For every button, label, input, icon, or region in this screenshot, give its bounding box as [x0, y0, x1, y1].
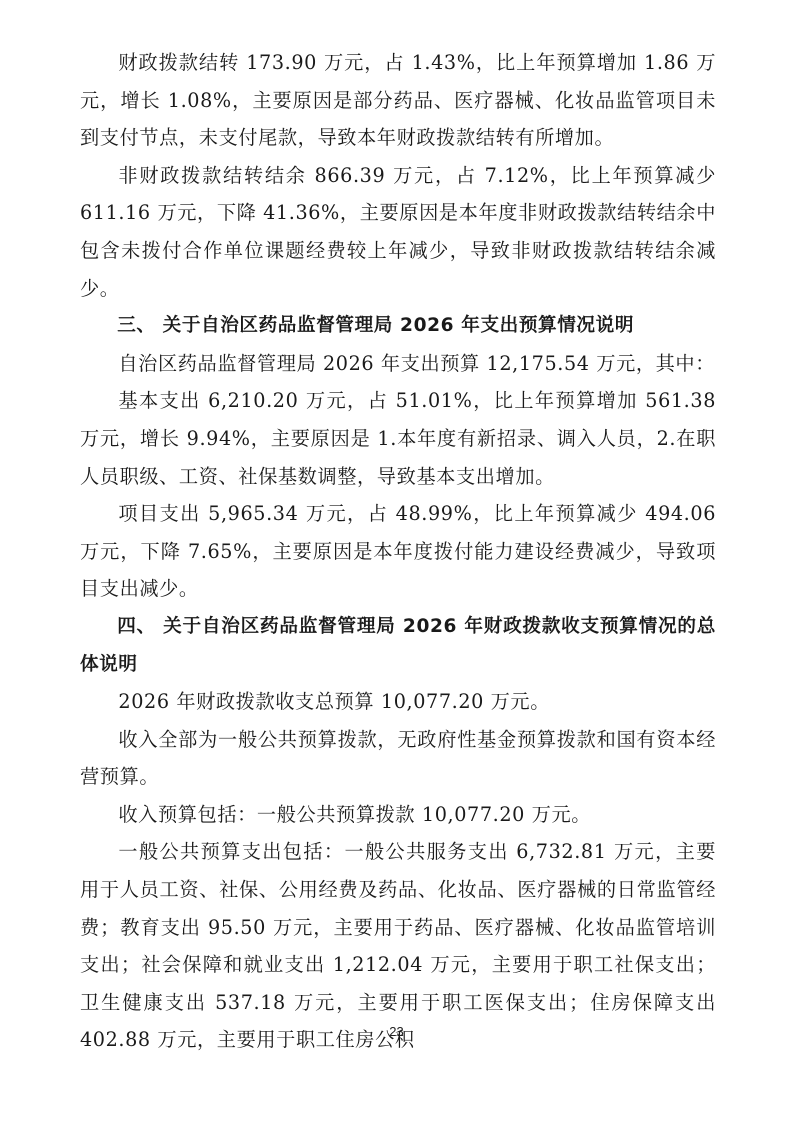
page-number: 23 [0, 1024, 793, 1039]
paragraph-project-expenditure: 项目支出 5,965.34 万元，占 48.99%，比上年预算减少 494.06… [80, 495, 716, 608]
paragraph-expenditure-total: 自治区药品监督管理局 2026 年支出预算 12,175.54 万元，其中： [80, 345, 716, 383]
paragraph-fiscal-carryover: 财政拨款结转 173.90 万元，占 1.43%，比上年预算增加 1.86 万元… [80, 44, 716, 157]
section-heading-4: 四、 关于自治区药品监督管理局 2026 年财政拨款收支预算情况的总体说明 [80, 608, 716, 683]
paragraph-non-fiscal-carryover: 非财政拨款结转结余 866.39 万元，占 7.12%，比上年预算减少 611.… [80, 157, 716, 307]
paragraph-fiscal-total: 2026 年财政拨款收支总预算 10,077.20 万元。 [80, 683, 716, 721]
section-heading-3: 三、 关于自治区药品监督管理局 2026 年支出预算情况说明 [80, 307, 716, 345]
paragraph-income-budget: 收入预算包括：一般公共预算拨款 10,077.20 万元。 [80, 796, 716, 834]
paragraph-basic-expenditure: 基本支出 6,210.20 万元，占 51.01%，比上年预算增加 561.38… [80, 382, 716, 495]
document-page: 财政拨款结转 173.90 万元，占 1.43%，比上年预算增加 1.86 万元… [80, 44, 716, 1059]
paragraph-income-source: 收入全部为一般公共预算拨款，无政府性基金预算拨款和国有资本经营预算。 [80, 721, 716, 796]
